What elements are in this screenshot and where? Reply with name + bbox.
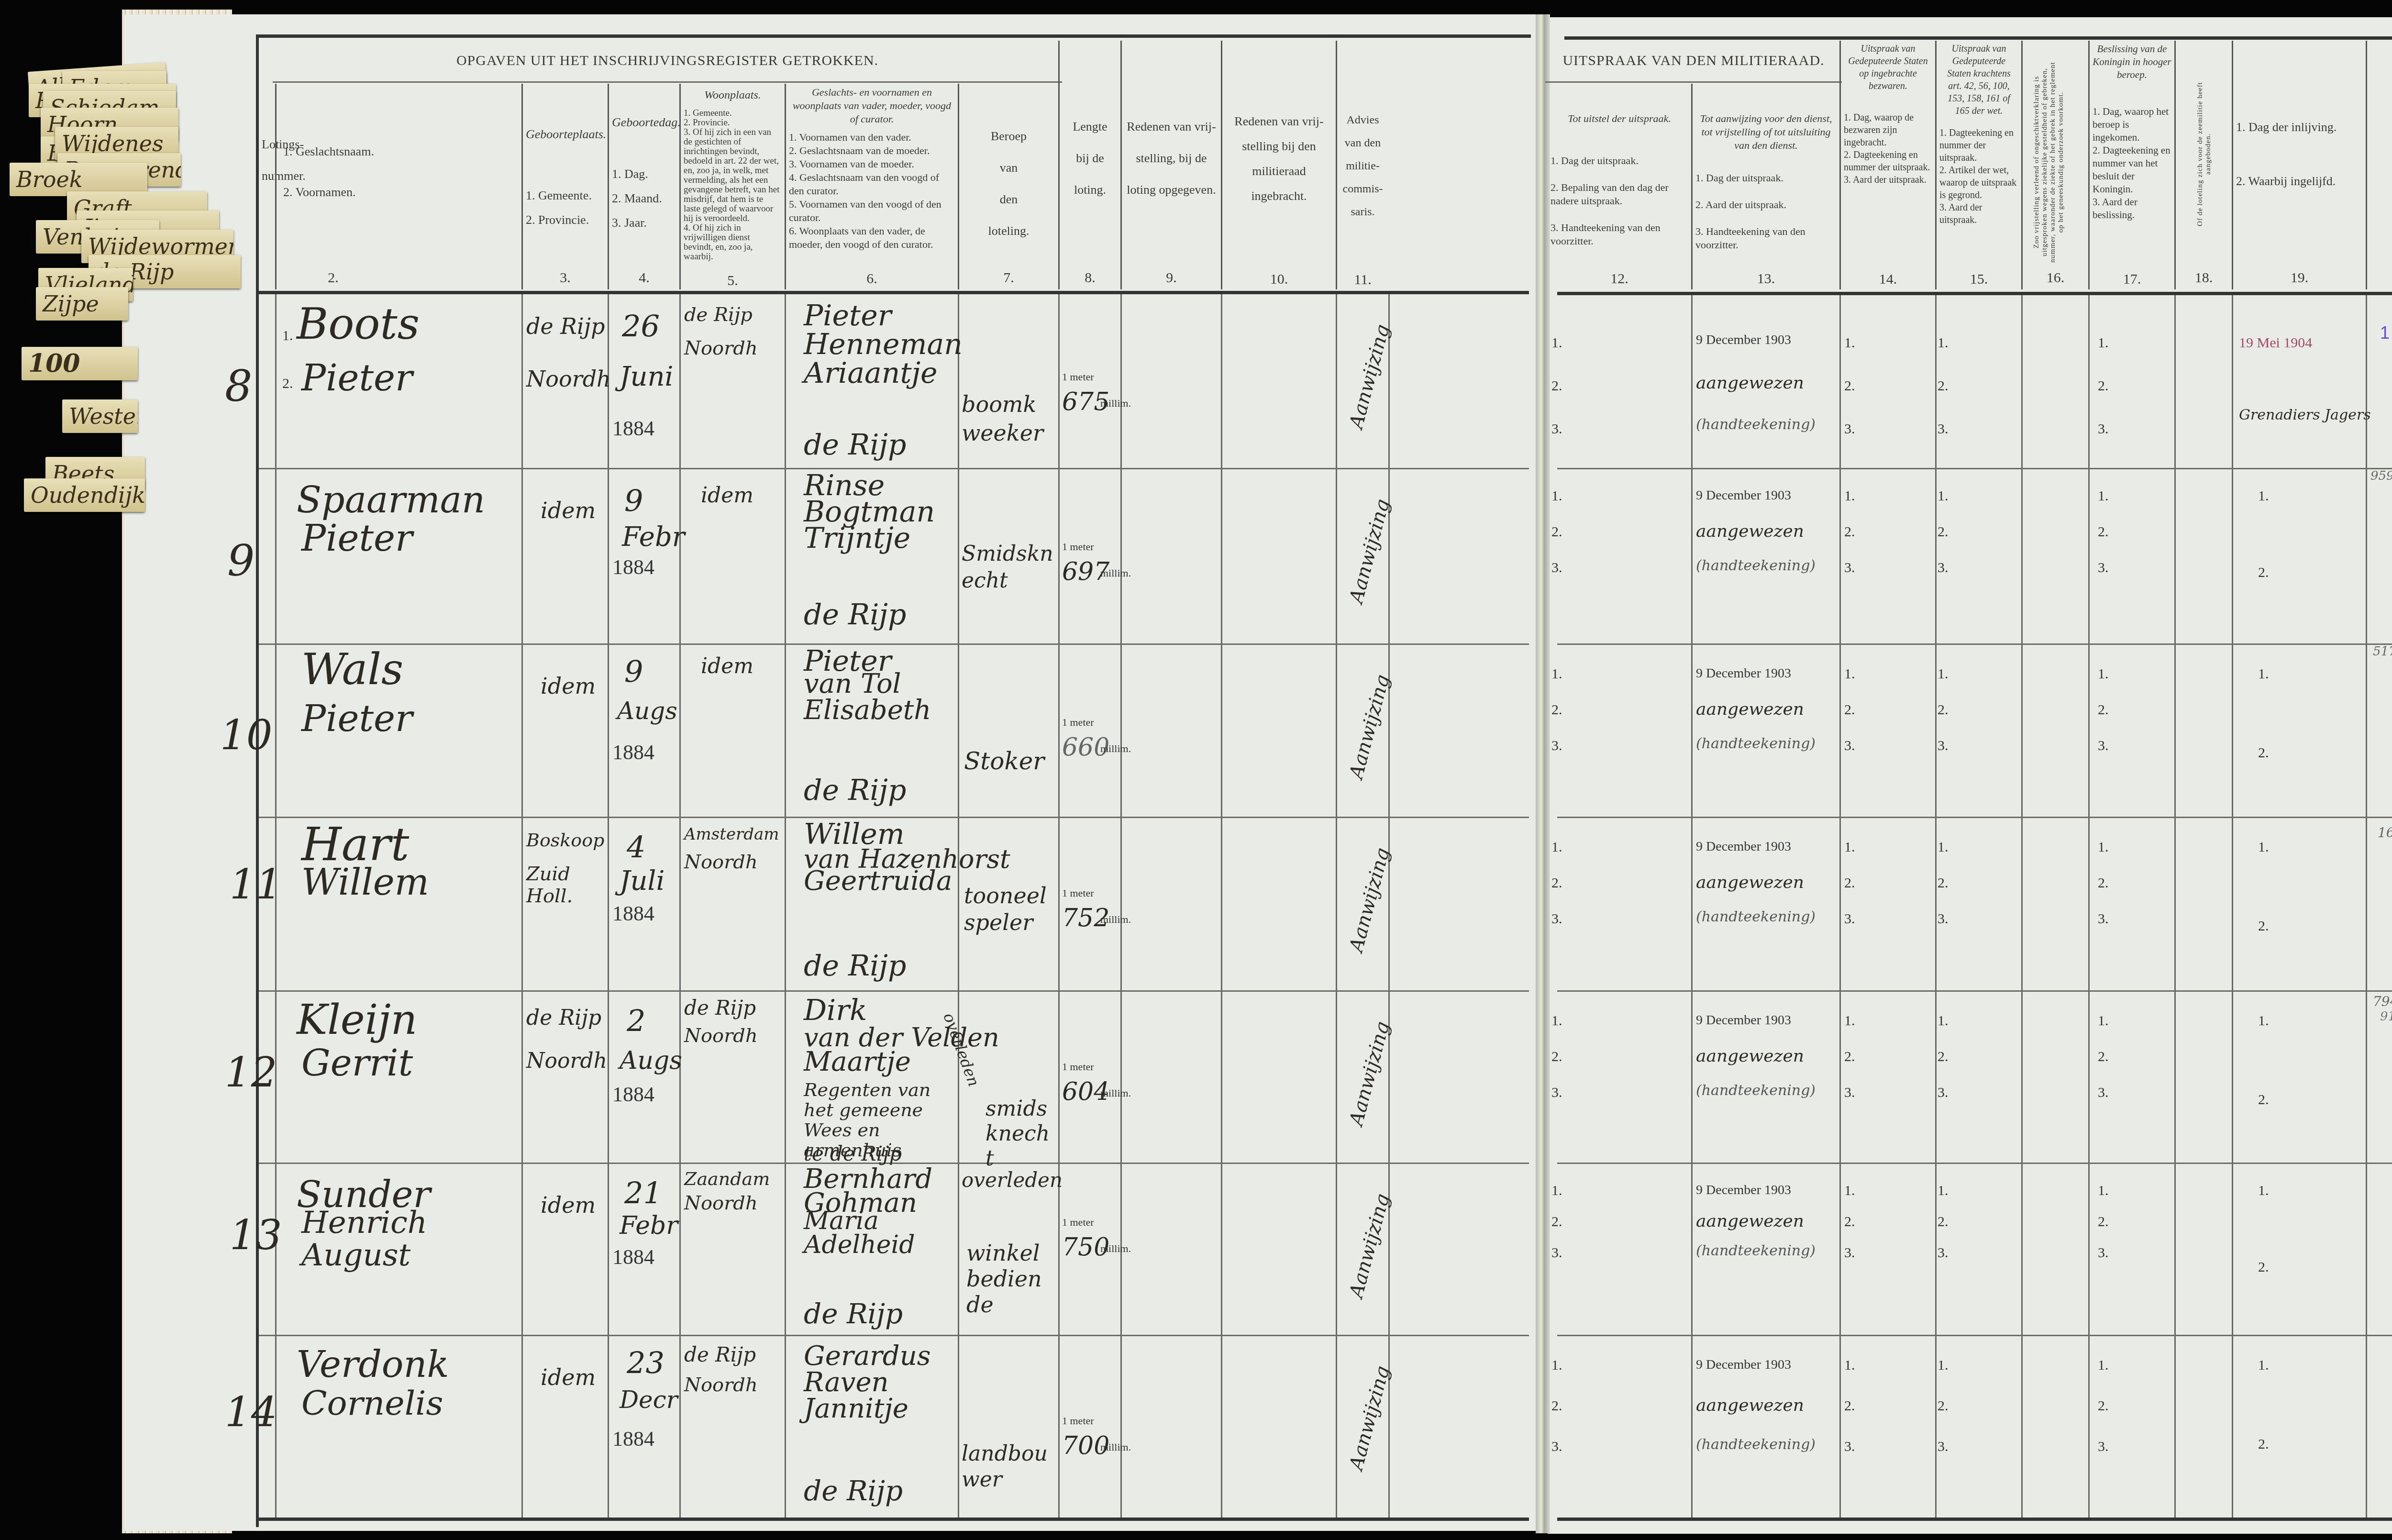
header-line: 2. Maand. <box>612 190 676 206</box>
header-col-zeemilitie: Of de loteling zich voor de zeemilitie h… <box>2174 41 2232 289</box>
line-number: 2. <box>1551 1398 1562 1414</box>
birth-day: 9 <box>624 483 643 518</box>
line-number: 1. <box>1551 839 1562 855</box>
occupation: boomkweeker <box>962 390 1055 447</box>
column-number: 4. <box>609 270 679 286</box>
line-number: 3. <box>1551 1439 1562 1455</box>
header-col-redenen-militieraad: Redenen van vrij- stelling bij den milit… <box>1221 41 1336 289</box>
lotingsnummer: 12 <box>225 1049 277 1097</box>
line-number: 3. <box>2098 421 2109 437</box>
surname: Boots <box>297 299 420 349</box>
header-title: Redenen van vrij- stelling, bij de lotin… <box>1127 120 1216 197</box>
birth-day: 2 <box>627 1003 645 1038</box>
line-number: 3. <box>2098 1439 2109 1455</box>
voorzitter-signature: (handteekening) <box>1696 1082 1816 1099</box>
register-entry[interactable]: 11 Hart Willem Boskoop Zuid Holl. 4 Juli… <box>0 818 2392 990</box>
residence-provincie: Noordh <box>684 1192 758 1214</box>
line-number: 2. <box>1938 702 1949 718</box>
line-number: 3. <box>1551 1085 1562 1101</box>
uitspraak-date: 9 December 1903 <box>1696 332 1791 348</box>
line-number: 3. <box>2098 560 2109 576</box>
line-number: 2. <box>1938 524 1949 540</box>
line-number: 1. <box>2098 839 2109 855</box>
line-number: 2. <box>2098 1214 2109 1230</box>
line-number: 2. <box>2098 702 2109 718</box>
mother-firstnames: Elisabeth <box>804 695 931 726</box>
header-title: Uitspraak van Gedeputeerde Staten op ing… <box>1844 43 1932 92</box>
column-number: 12. <box>1548 272 1691 286</box>
line-number: 2. <box>2258 1436 2269 1452</box>
line-number: 3. <box>1938 560 1949 576</box>
birth-year: 1884 <box>612 416 654 441</box>
header-line: 2. Waarbij ingelijfd. <box>2236 173 2363 189</box>
header-col-naam: 1. Geslachtsnaam. 2. Voornamen. 2. <box>275 84 390 289</box>
column-number: 6. <box>786 272 958 286</box>
header-geslachtsnaam: 1. Geslachtsnaam. <box>283 144 374 159</box>
length-unit: millim. <box>1100 397 1131 410</box>
header-title: Beroep van den loteling. <box>988 129 1030 238</box>
header-voornamen: 2. Voornamen. <box>283 184 355 200</box>
residence-gemeente: Amsterdam <box>684 825 779 844</box>
header-title: Tot aanwijzing voor den dienst, tot vrij… <box>1695 112 1837 152</box>
length-meter: 1 meter <box>1062 1216 1094 1229</box>
header-line: 2. Provincie. <box>526 212 605 228</box>
ingelijfd-bij: Grenadiers Jagers <box>2239 407 2371 423</box>
birth-month: Febr <box>622 521 685 553</box>
line-number: 3. <box>2098 738 2109 754</box>
residence-gemeente: de Rijp <box>684 304 753 326</box>
line-number: 1. <box>282 328 293 344</box>
header-body: 1. Dagteekening en nummer der uitspraak.… <box>1939 127 2018 226</box>
line-number: 2. <box>1551 875 1562 891</box>
length-unit: millim. <box>1100 742 1131 755</box>
remark-note: 9591-8 <box>2370 469 2392 483</box>
top-rule-left <box>256 34 1531 38</box>
line-number: 2. <box>2098 1398 2109 1414</box>
line-number: 1. <box>2258 1183 2269 1199</box>
column-number: 17. <box>2090 273 2174 286</box>
column-number: 14. <box>1841 273 1935 286</box>
mother-firstnames: Jannitje <box>804 1393 908 1424</box>
birth-month: Augs <box>620 1046 682 1075</box>
length-meter: 1 meter <box>1062 371 1094 383</box>
header-col-ziekte: Zoo vrijstelling verleend of ongeschiktv… <box>2021 41 2088 289</box>
line-number: 1. <box>1844 666 1855 682</box>
length-unit: millim. <box>1100 1087 1131 1099</box>
line-number: 2. <box>2098 1049 2109 1065</box>
header-col-advies: Advies van den militie- commis- saris. 1… <box>1336 41 1388 289</box>
length-meter: 1 meter <box>1062 1415 1094 1427</box>
uitspraak-date: 9 December 1903 <box>1696 1013 1791 1028</box>
line-number: 3. <box>1938 1245 1949 1261</box>
lotingsnummer: 9 <box>227 536 255 586</box>
voorzitter-signature: (handteekening) <box>1696 735 1816 752</box>
register-entry[interactable]: 8 1. Boots 2. Pieter de Rijp Noordh 26 J… <box>0 294 2392 468</box>
birth-month: Juni <box>620 361 674 392</box>
voorzitter-signature: (handteekening) <box>1696 557 1816 574</box>
line-number: 1. <box>2098 1013 2109 1029</box>
surname: Verdonk <box>297 1343 449 1385</box>
line-number: 2. <box>1938 1398 1949 1414</box>
birthplace-provincie: Noordh <box>526 366 611 392</box>
header-title: Geslachts- en voornamen en woonplaats va… <box>789 86 955 126</box>
birthplace-gemeente: idem <box>541 498 596 523</box>
line-number: 2. <box>1551 702 1562 718</box>
uitspraak-date: 9 December 1903 <box>1696 488 1791 503</box>
header-body: 1. Dag der uitspraak. 2. Aard der uitspr… <box>1695 171 1837 252</box>
line-number: 1. <box>1551 1183 1562 1199</box>
lotingsnummer: 11 <box>230 861 282 908</box>
occupation: smidsknecht <box>986 1097 1057 1171</box>
birth-day: 4 <box>627 830 645 864</box>
parents-residence: de Rijp <box>804 1474 903 1507</box>
line-number: 3. <box>1551 560 1562 576</box>
parents-residence: te de Rijp <box>804 1142 902 1165</box>
column-number: 10. <box>1222 273 1336 286</box>
parents-residence: de Rijp <box>804 949 906 983</box>
residence-provincie: Noordh <box>684 851 758 873</box>
line-number: 1. <box>1938 335 1949 351</box>
header-col-gedeputeerde-bezwaren: Uitspraak van Gedeputeerde Staten op ing… <box>1839 41 1935 289</box>
firstnames: Cornelis <box>301 1384 443 1423</box>
advies-signature: Aanwijzing <box>1345 1202 1391 1300</box>
line-number: 3. <box>1844 1085 1855 1101</box>
line-number: 3. <box>1551 421 1562 437</box>
length-unit: millim. <box>1100 913 1131 926</box>
line-number: 1. <box>2098 1183 2109 1199</box>
header-col-koningin: Beslissing van de Koningin in hooger ber… <box>2088 41 2174 289</box>
line-number: 1. <box>2258 666 2269 682</box>
line-number: 3. <box>2098 1085 2109 1101</box>
line-number: 3. <box>1844 911 1855 927</box>
birth-day: 26 <box>622 309 660 343</box>
remark-note: 5174-8 <box>2373 644 2392 659</box>
line-number: 1. <box>1938 839 1949 855</box>
birth-year: 1884 <box>612 901 654 926</box>
length-meter: 1 meter <box>1062 541 1094 553</box>
mother-firstnames: Geertruida <box>804 865 952 897</box>
residence-gemeente: de Rijp <box>684 996 756 1019</box>
birth-year: 1884 <box>612 740 654 764</box>
line-number: 1. <box>1844 1183 1855 1199</box>
advies-signature: Aanwijzing <box>1345 683 1391 781</box>
column-number: 18. <box>2176 270 2232 286</box>
header-col-redenen-loting: Redenen van vrij- stelling, bij de lotin… <box>1120 41 1221 289</box>
birthplace-provincie: Zuid Holl. <box>526 863 598 907</box>
remark-stamp: 1 AUG. 1912 overgegaan Landweer <box>2380 323 2392 343</box>
line-number: 1. <box>2098 1357 2109 1374</box>
parents-residence: de Rijp <box>804 774 906 807</box>
firstnames: Pieter <box>301 517 412 559</box>
line-number: 2. <box>282 376 293 392</box>
line-number: 3. <box>1844 421 1855 437</box>
lotingsnummer: 13 <box>230 1211 282 1259</box>
line-number: 2. <box>2258 565 2269 581</box>
parents-residence: de Rijp <box>804 1297 903 1330</box>
firstnames: Pieter <box>301 697 412 740</box>
advies-signature: Aanwijzing <box>1345 507 1391 605</box>
birth-month: Decr <box>620 1386 678 1414</box>
length-meter: 1 meter <box>1062 1061 1094 1073</box>
column-number: 3. <box>523 270 608 286</box>
header-title: Woonplaats. <box>684 90 782 100</box>
line-number: 3. <box>1938 738 1949 754</box>
length-meter: 1 meter <box>1062 887 1094 899</box>
uitspraak-date: 9 December 1903 <box>1696 666 1791 681</box>
line-number: 2. <box>2258 918 2269 934</box>
header-line: 1. Dag der inlijving. <box>2236 119 2363 135</box>
register-entry[interactable]: 12 Kleijn Gerrit de Rijp Noordh 2 Augs 1… <box>0 991 2392 1163</box>
line-number: 1. <box>1551 335 1562 351</box>
line-number: 1. <box>1551 1013 1562 1029</box>
line-number: 2. <box>2098 524 2109 540</box>
top-rule-right <box>1564 36 2392 40</box>
line-number: 3. <box>1551 911 1562 927</box>
line-number: 2. <box>1844 875 1855 891</box>
mother-firstnames: Maartje <box>804 1046 911 1077</box>
line-number: 1. <box>1551 1357 1562 1374</box>
birthplace-provincie: Noordh <box>526 1049 607 1073</box>
header-col-lengte: Lengte bij de loting. 8. <box>1058 41 1120 289</box>
line-number: 1. <box>1938 1183 1949 1199</box>
inlijving-date: 19 Mei 1904 <box>2239 335 2312 351</box>
line-number: 2. <box>1938 875 1949 891</box>
residence-gemeente: de Rijp <box>684 1343 756 1366</box>
birth-year: 1884 <box>612 1245 654 1269</box>
header-col-geboorteplaats: Geboorteplaats. 1. Gemeente. 2. Provinci… <box>521 84 608 289</box>
line-number: 1. <box>1938 1357 1949 1374</box>
mother-firstnames: Ariaantje <box>804 356 938 390</box>
line-number: 2. <box>1938 1049 1949 1065</box>
column-number: 5. <box>681 276 785 286</box>
parents-residence: de Rijp <box>804 428 906 462</box>
line-number: 2. <box>1551 1214 1562 1230</box>
line-number: 1. <box>2258 488 2269 504</box>
header-line: 1. Dag. <box>612 166 676 182</box>
header-title: Lengte bij de loting. <box>1073 120 1107 197</box>
lotingsnummer: 14 <box>225 1388 277 1436</box>
mother-firstnames: Maria Adelheid <box>804 1209 957 1257</box>
residence-gemeente: idem <box>701 654 753 678</box>
header-title: Uitspraak van Gedeputeerde Staten kracht… <box>1939 43 2018 117</box>
header-col-aanwijzing: Tot aanwijzing voor den dienst, tot vrij… <box>1691 84 1839 289</box>
uitspraak-aard: aangewezen <box>1696 521 1804 541</box>
header-title: Advies van den militie- commis- saris. <box>1343 114 1383 218</box>
header-col-gedeputeerde-krachtens: Uitspraak van Gedeputeerde Staten kracht… <box>1935 41 2021 289</box>
line-number: 2. <box>2258 745 2269 761</box>
length-unit: millim. <box>1100 1441 1131 1453</box>
voorzitter-signature: (handteekening) <box>1696 416 1816 433</box>
header-col-geboortedag: Geboortedag. 1. Dag. 2. Maand. 3. Jaar. … <box>608 84 679 289</box>
left-page-title: OPGAVEN UIT HET INSCHRIJVINGSREGISTER GE… <box>273 53 1062 69</box>
voorzitter-signature: (handteekening) <box>1696 1242 1816 1259</box>
surname: Kleijn <box>297 996 417 1044</box>
advies-signature: Aanwijzing <box>1345 856 1391 954</box>
register-entry[interactable]: 10 Wals Pieter idem 9 Augs 1884 idem Pie… <box>0 644 2392 817</box>
birth-year: 1884 <box>612 1427 654 1451</box>
line-number: 3. <box>1938 1085 1949 1101</box>
birthplace-gemeente: idem <box>541 673 596 699</box>
header-col-lotingsnummer: Lotings- nummer. <box>259 41 273 289</box>
line-number: 2. <box>1938 378 1949 394</box>
column-number: 9. <box>1122 270 1221 286</box>
header-col-beroep: Beroep van den loteling. 7. <box>958 84 1058 289</box>
advies-signature: Aanwijzing <box>1345 1374 1391 1472</box>
residence-provincie: Noordh <box>684 337 758 359</box>
lotingsnummer: 8 <box>225 361 252 411</box>
birthplace-gemeente: de Rijp <box>526 1006 601 1030</box>
occupation: tooneelspeler <box>964 882 1055 936</box>
residence-provincie: Noordh <box>684 1025 758 1047</box>
firstnames: Henrich August <box>301 1207 512 1272</box>
line-number: 3. <box>2098 911 2109 927</box>
residence-provincie: Noordh <box>684 1374 758 1396</box>
line-number: 3. <box>1551 1245 1562 1261</box>
birthplace-gemeente: de Rijp <box>526 313 605 339</box>
occupation: Smidsknecht <box>962 541 1055 594</box>
uitspraak-aard: aangewezen <box>1696 1396 1804 1415</box>
header-body: 1. Dag der uitspraak. 2. Bepaling van de… <box>1550 154 1688 248</box>
header-line: 3. Jaar. <box>612 215 676 231</box>
advies-signature: Aanwijzing <box>1345 332 1391 431</box>
parents-note: overleden <box>962 1168 1063 1192</box>
header-title: Geboorteplaats. <box>526 126 605 142</box>
line-number: 2. <box>2098 875 2109 891</box>
length-unit: millim. <box>1100 1242 1131 1255</box>
uitspraak-aard: aangewezen <box>1696 1211 1804 1231</box>
birth-day: 23 <box>627 1345 664 1380</box>
occupation: winkelbediende <box>966 1240 1052 1318</box>
line-number: 1. <box>2098 488 2109 504</box>
voorzitter-signature: (handteekening) <box>1696 908 1816 925</box>
length-unit: millim. <box>1100 567 1131 579</box>
line-number: 1. <box>2258 1013 2269 1029</box>
column-number: 19. <box>2233 270 2366 286</box>
remark-note: 167-11 <box>2378 825 2392 841</box>
line-number: 1. <box>2098 666 2109 682</box>
column-number: 15. <box>1937 273 2021 286</box>
remark-note: 7940-5 <box>2373 994 2392 1009</box>
line-number: 2. <box>1551 378 1562 394</box>
line-number: 1. <box>1844 1013 1855 1029</box>
remark-note: 915-9 <box>2380 1009 2392 1024</box>
line-number: 1. <box>1938 488 1949 504</box>
column-number: 2. <box>277 270 390 286</box>
line-number: 2. <box>1551 1049 1562 1065</box>
header-title: AANMERKINGEN. <box>2370 150 2392 166</box>
line-number: 1. <box>2258 839 2269 855</box>
mother-firstnames: Trijntje <box>804 521 910 555</box>
voorzitter-signature: (handteekening) <box>1696 1436 1816 1453</box>
header-body: 1. Voornamen van den vader. 2. Geslachts… <box>789 131 955 251</box>
birth-year: 1884 <box>612 555 654 579</box>
line-number: 3. <box>1551 738 1562 754</box>
header-body: 1. Dag, waarop de bezwaren zijn ingebrac… <box>1844 111 1932 186</box>
uitspraak-aard: aangewezen <box>1696 873 1804 892</box>
uitspraak-date: 9 December 1903 <box>1696 839 1791 854</box>
line-number: 2. <box>1844 524 1855 540</box>
birth-year: 1884 <box>612 1082 654 1107</box>
line-number: 1. <box>1938 1013 1949 1029</box>
line-number: 3. <box>1844 1245 1855 1261</box>
line-number: 3. <box>1844 560 1855 576</box>
header-body: 1. Gemeente. 2. Provincie. 3. Of hij zic… <box>684 109 782 262</box>
firstnames: Gerrit <box>301 1041 413 1084</box>
firstnames: Willem <box>301 861 429 903</box>
column-number: 16. <box>2023 270 2088 286</box>
line-number: 2. <box>1844 1398 1855 1414</box>
birth-month: Augs <box>617 697 677 725</box>
line-number: 2. <box>2258 1092 2269 1108</box>
column-number: 7. <box>959 270 1058 286</box>
line-number: 1. <box>1938 666 1949 682</box>
uitspraak-date: 9 December 1903 <box>1696 1183 1791 1198</box>
uitspraak-aard: aangewezen <box>1696 373 1804 393</box>
occupation: Stoker <box>964 747 1044 775</box>
line-number: 1. <box>2258 1357 2269 1374</box>
header-col-woonplaats: Woonplaats. 1. Gemeente. 2. Provincie. 3… <box>679 84 785 289</box>
line-number: 2. <box>1844 702 1855 718</box>
length-meter: 1 meter <box>1062 716 1094 729</box>
parents-residence: de Rijp <box>804 598 906 632</box>
line-number: 2. <box>2098 378 2109 394</box>
register-entry[interactable]: 14 Verdonk Cornelis idem 23 Decr 1884 de… <box>0 1336 2392 1518</box>
residence-gemeente: Zaandam <box>684 1168 770 1189</box>
birth-day: 21 <box>624 1175 662 1210</box>
line-number: 2. <box>1551 524 1562 540</box>
line-number: 3. <box>1938 1439 1949 1455</box>
header-title: Beslissing van de Koningin in hooger ber… <box>2093 43 2171 81</box>
header-col-aanmerkingen: AANMERKINGEN. NB. In deze kolom worden o… <box>2366 41 2392 289</box>
header-col-inlijving: 1. Dag der inlijving. 2. Waarbij ingelij… <box>2232 41 2366 289</box>
header-title: Redenen van vrij- stelling bij den milit… <box>1234 114 1323 203</box>
surname: Wals <box>301 644 403 695</box>
register-entry[interactable]: 9 Spaarman Pieter idem 9 Febr 1884 idem … <box>0 469 2392 643</box>
register-entry[interactable]: 13 Sunder Henrich August idem 21 Febr 18… <box>0 1163 2392 1335</box>
column-number: 13. <box>1693 272 1839 286</box>
header-title: Geboortedag. <box>612 114 676 130</box>
lotingsnummer: 10 <box>220 711 272 759</box>
occupation: landbouwer <box>962 1441 1052 1493</box>
birthplace-gemeente: Boskoop <box>526 830 604 851</box>
line-number: 3. <box>2098 1245 2109 1261</box>
line-number: 3. <box>1844 738 1855 754</box>
header-body: 1. Dag, waarop het beroep is ingekomen. … <box>2093 105 2171 222</box>
birth-day: 9 <box>624 654 643 689</box>
right-page-title: UITSPRAAK VAN DEN MILITIERAAD. <box>1545 53 1842 69</box>
header-title: Tot uitstel der uitspraak. <box>1550 112 1688 125</box>
line-number: 2. <box>2258 1259 2269 1275</box>
residence-gemeente: idem <box>701 483 753 508</box>
line-number: 1. <box>1844 488 1855 504</box>
surname: Spaarman <box>297 478 485 521</box>
line-number: 1. <box>1551 488 1562 504</box>
line-number: 2. <box>1844 1214 1855 1230</box>
birthplace-gemeente: idem <box>541 1192 596 1218</box>
header-title: Zoo vrijstelling verleend of ongeschiktv… <box>2033 57 2065 267</box>
column-number: 11. <box>1337 274 1388 286</box>
line-number: 3. <box>1844 1439 1855 1455</box>
header-col-uitstel: Tot uitstel der uitspraak. 1. Dag der ui… <box>1548 84 1691 289</box>
line-number: 2. <box>1938 1214 1949 1230</box>
header-col-ouders: Geslachts- en voornamen en woonplaats va… <box>785 84 958 289</box>
header-bottom-rule-left <box>259 291 1529 294</box>
birthplace-gemeente: idem <box>541 1364 596 1390</box>
line-number: 2. <box>1844 1049 1855 1065</box>
uitspraak-aard: aangewezen <box>1696 699 1804 719</box>
header-line: 1. Gemeente. <box>526 188 605 203</box>
birth-month: Juli <box>620 865 664 897</box>
